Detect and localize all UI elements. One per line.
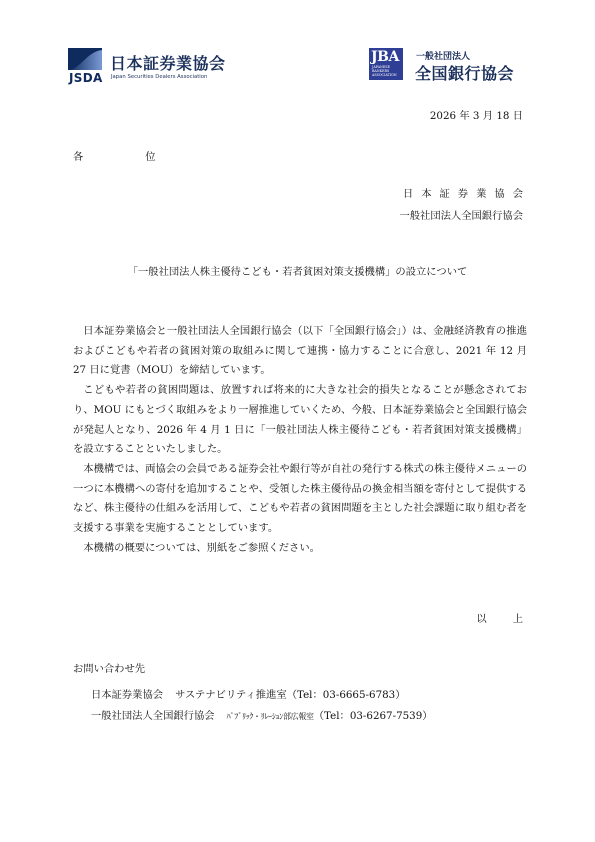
body-paragraph: こどもや若者の貧困問題は、放置すれば将来的に大きな社会的損失となることが懸念され…: [73, 381, 527, 460]
contact-heading: お問い合わせ先: [73, 660, 145, 675]
addressee-char: 各: [73, 148, 83, 163]
contact-tel: （Tel：03-6665-6783）: [287, 689, 406, 701]
contact-dept: サステナビリティ推進室: [175, 689, 287, 701]
sender-jba: 一般社団法人全国銀行協会: [399, 207, 523, 222]
contact-tel: （Tel：03-6267-7539）: [314, 710, 433, 722]
jba-sub-line: ASSOCIATION: [372, 73, 397, 77]
jsda-name-ja: 日本証券業協会: [110, 51, 226, 74]
addressee: 各位: [73, 148, 156, 163]
closing-mark: 以上: [476, 610, 523, 625]
contact-org: 日本証券業協会: [91, 689, 163, 701]
addressee-char: 位: [145, 148, 155, 163]
contact-row: 一般社団法人全国銀行協会ﾊﾟﾌﾞﾘｯｸ・ﾘﾚｰｼｮﾝ部広報室（Tel：03-62…: [91, 707, 433, 722]
document-title: 「一般社団法人株主優待こども・若者貧困対策支援機構」の設立について: [0, 263, 595, 278]
jsda-abbreviation: JSDA: [69, 71, 103, 85]
sender-jsda: 日本証券業協会: [403, 185, 531, 200]
body-paragraph: 本機構では、両協会の会員である証券会社や銀行等が自社の発行する株式の株主優待メニ…: [73, 460, 527, 539]
jba-emblem: JBA JAPANESE BANKERS ASSOCIATION: [369, 48, 403, 80]
contact-org: 一般社団法人全国銀行協会: [91, 710, 215, 722]
jba-name-ja: 全国銀行協会: [415, 61, 514, 84]
contact-dept: ﾊﾟﾌﾞﾘｯｸ・ﾘﾚｰｼｮﾝ部広報室: [227, 712, 314, 721]
document-date: 2026 年 3 月 18 日: [430, 107, 523, 122]
document-body: 日本証券業協会と一般社団法人全国銀行協会（以下「全国銀行協会」）は、金融経済教育…: [73, 322, 527, 558]
closing-char: 以: [476, 610, 486, 625]
jba-english-name: JAPANESE BANKERS ASSOCIATION: [372, 65, 397, 77]
jsda-logo: JSDA 日本証券業協会 Japan Securities Dealers As…: [68, 48, 228, 88]
jba-abbreviation: JBA: [371, 49, 399, 65]
body-paragraph: 本機構の概要については、別紙をご参照ください。: [73, 539, 527, 559]
body-paragraph: 日本証券業協会と一般社団法人全国銀行協会（以下「全国銀行協会」）は、金融経済教育…: [73, 322, 527, 381]
closing-char: 上: [513, 610, 523, 625]
contact-row: 日本証券業協会サステナビリティ推進室（Tel：03-6665-6783）: [91, 686, 406, 701]
jsda-name-en: Japan Securities Dealers Association: [111, 74, 207, 80]
jsda-wave-icon: [68, 48, 102, 70]
jba-logo: JBA JAPANESE BANKERS ASSOCIATION 一般社団法人 …: [369, 48, 539, 88]
